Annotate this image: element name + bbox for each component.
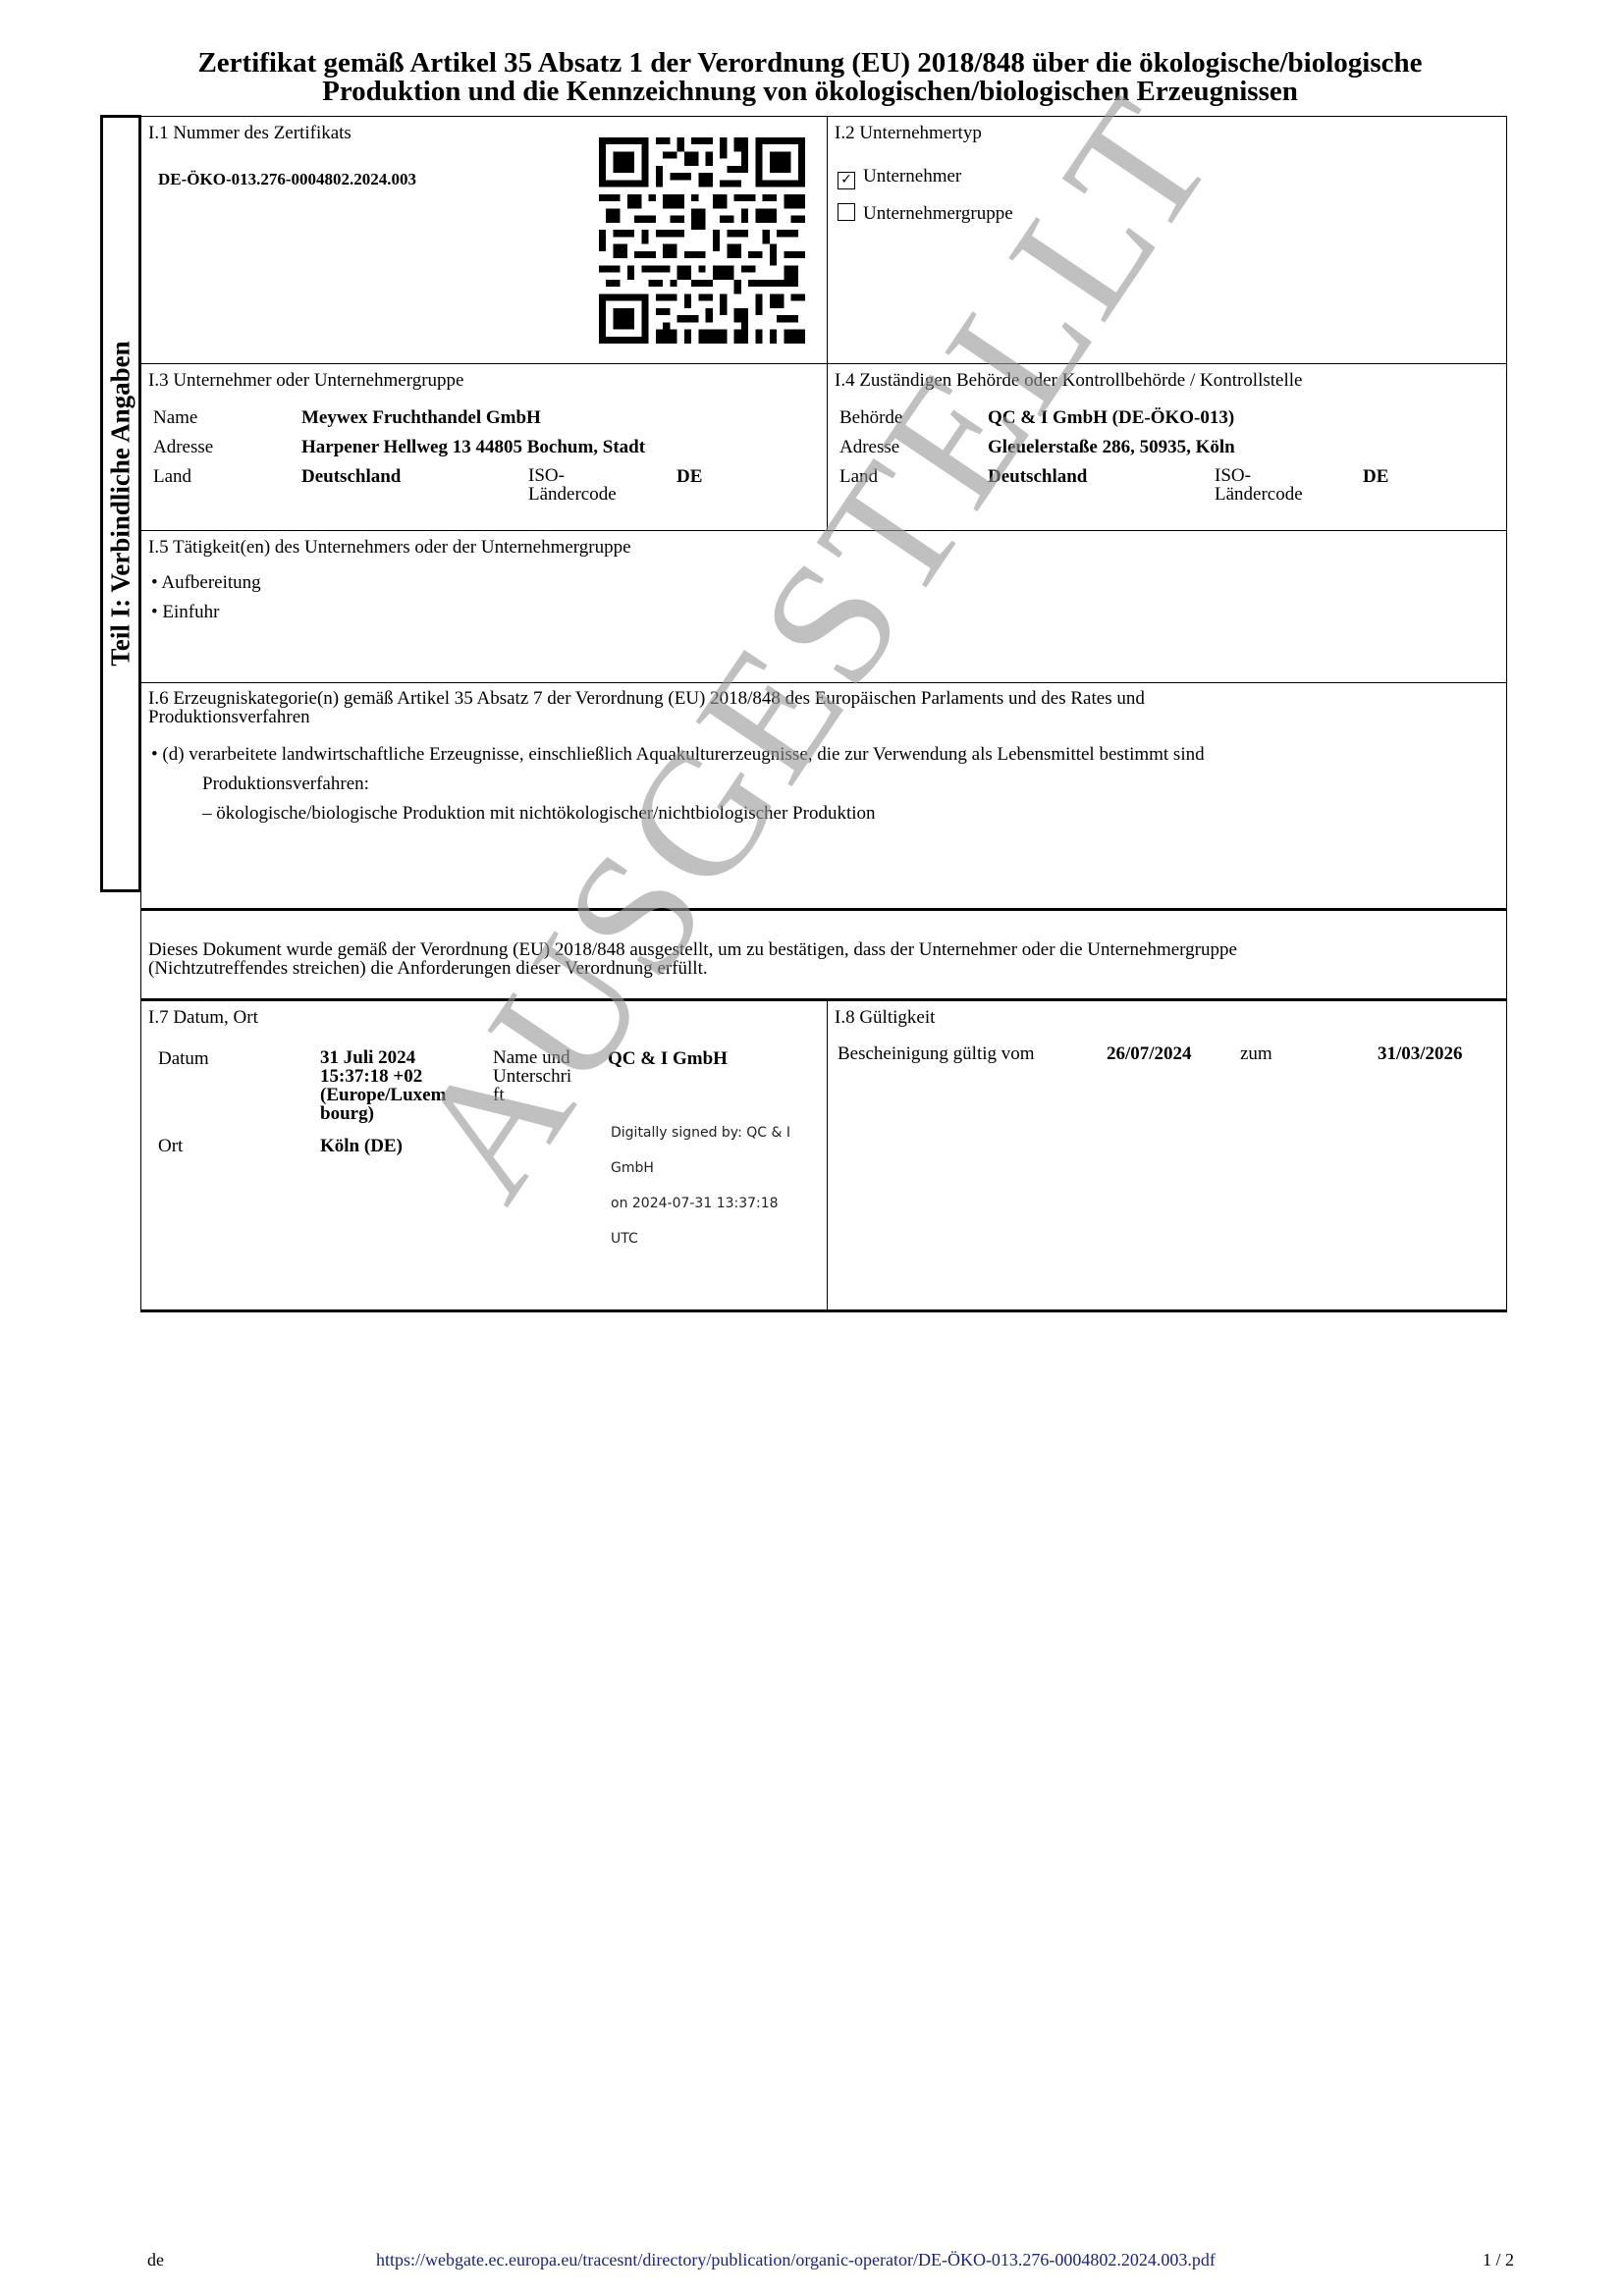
address-label: Adresse [839, 437, 899, 458]
iso-label-line: Ländercode [1215, 485, 1303, 504]
i7-header: I.7 Datum, Ort [148, 1007, 258, 1029]
signature-label: Name und Unterschri ft [493, 1048, 571, 1104]
valid-to-label: zum [1240, 1043, 1272, 1065]
issue-date: 31 Juli 2024 15:37:18 +02 (Europe/Luxem … [320, 1048, 446, 1123]
i6-header-line: I.6 Erzeugniskategorie(n) gemäß Artikel … [148, 689, 1145, 708]
operator-name: Meywex Fruchthandel GmbH [301, 407, 541, 429]
signature-label-line: ft [493, 1086, 571, 1104]
valid-to-date: 31/03/2026 [1378, 1043, 1463, 1065]
digital-signature-line: GmbH [611, 1150, 790, 1186]
date-line: bourg) [320, 1104, 446, 1123]
valid-from-date: 26/07/2024 [1107, 1043, 1192, 1065]
date-line: (Europe/Luxem [320, 1086, 446, 1104]
digital-signature-line: on 2024-07-31 13:37:18 [611, 1186, 790, 1221]
operator-country: Deutschland [301, 466, 401, 488]
iso-label-line: Ländercode [528, 485, 617, 504]
address-label: Adresse [153, 437, 213, 458]
iso-label: ISO- Ländercode [1215, 466, 1303, 504]
statement-box: Dieses Dokument wurde gemäß der Verordnu… [140, 908, 1507, 999]
section-i7: I.7 Datum, Ort Datum 31 Juli 2024 15:37:… [140, 998, 828, 1312]
option-label: Unternehmergruppe [863, 203, 1013, 224]
operator-address: Harpener Hellweg 13 44805 Bochum, Stadt [301, 437, 645, 458]
i6-header: I.6 Erzeugniskategorie(n) gemäß Artikel … [148, 689, 1145, 726]
option-unternehmergruppe[interactable]: Unternehmergruppe [838, 203, 1013, 225]
activity-item: • Einfuhr [151, 602, 219, 623]
section-i8: I.8 Gültigkeit Bescheinigung gültig vom … [827, 998, 1507, 1312]
authority-label: Behörde [839, 407, 902, 429]
authority-address: Gleuelerstaße 286, 50935, Köln [988, 437, 1235, 458]
iso-label-line: ISO- [1215, 466, 1303, 485]
option-label: Unternehmer [863, 166, 961, 187]
iso-label-line: ISO- [528, 466, 617, 485]
signer-name: QC & I GmbH [608, 1048, 728, 1070]
title-line-1: Zertifikat gemäß Artikel 35 Absatz 1 der… [98, 49, 1522, 78]
statement-line: Dieses Dokument wurde gemäß der Verordnu… [148, 940, 1237, 959]
option-unternehmer[interactable]: ✓Unternehmer [838, 166, 961, 189]
checkbox-unchecked-icon[interactable] [838, 203, 855, 221]
section-i6: I.6 Erzeugniskategorie(n) gemäß Artikel … [140, 682, 1507, 910]
product-category: • (d) verarbeitete landwirtschaftliche E… [151, 744, 1205, 766]
statement-line: (Nichtzutreffendes streichen) die Anford… [148, 959, 1237, 978]
digital-signature-line: UTC [611, 1221, 790, 1256]
i6-header-line: Produktionsverfahren [148, 708, 1145, 726]
section-i5: I.5 Tätigkeit(en) des Unternehmers oder … [140, 530, 1507, 683]
i3-header: I.3 Unternehmer oder Unternehmergruppe [148, 370, 463, 392]
i2-header: I.2 Unternehmertyp [835, 123, 982, 144]
date-line: 15:37:18 +02 [320, 1067, 446, 1086]
authority-name: QC & I GmbH (DE-ÖKO-013) [988, 407, 1234, 429]
i8-header: I.8 Gültigkeit [835, 1007, 935, 1029]
i5-header: I.5 Tätigkeit(en) des Unternehmers oder … [148, 537, 631, 559]
section-i3: I.3 Unternehmer oder Unternehmergruppe N… [140, 363, 828, 531]
i1-header: I.1 Nummer des Zertifikats [148, 123, 352, 144]
country-label: Land [153, 466, 191, 488]
section-i2: I.2 Unternehmertyp ✓Unternehmer Unterneh… [827, 116, 1507, 364]
digital-signature-line: Digitally signed by: QC & I [611, 1115, 790, 1150]
statement-text: Dieses Dokument wurde gemäß der Verordnu… [148, 940, 1237, 978]
footer-document-link[interactable]: https://webgate.ec.europa.eu/tracesnt/di… [376, 2250, 1216, 2269]
valid-from-label: Bescheinigung gültig vom [838, 1043, 1035, 1065]
name-label: Name [153, 407, 197, 429]
checkbox-checked-icon[interactable]: ✓ [838, 172, 855, 189]
country-label: Land [839, 466, 878, 488]
authority-iso-code: DE [1363, 466, 1388, 488]
production-method: – ökologische/biologische Produktion mit… [202, 803, 876, 825]
qr-code-icon [599, 135, 805, 346]
date-label: Datum [158, 1048, 209, 1070]
digital-signature: Digitally signed by: QC & I GmbH on 2024… [611, 1115, 790, 1256]
footer-page-number: 1 / 2 [1483, 2250, 1514, 2270]
date-line: 31 Juli 2024 [320, 1048, 446, 1067]
activity-item: • Aufbereitung [151, 572, 261, 594]
place-label: Ort [158, 1136, 183, 1157]
iso-label: ISO- Ländercode [528, 466, 617, 504]
side-label: Teil I: Verbindliche Angaben [106, 341, 136, 666]
production-method-label: Produktionsverfahren: [202, 774, 369, 795]
title-line-2: Produktion und die Kennzeichnung von öko… [98, 78, 1522, 106]
section-i4: I.4 Zuständigen Behörde oder Kontrollbeh… [827, 363, 1507, 531]
certificate-number: DE-ÖKO-013.276-0004802.2024.003 [158, 170, 416, 189]
authority-country: Deutschland [988, 466, 1087, 488]
i4-header: I.4 Zuständigen Behörde oder Kontrollbeh… [835, 370, 1302, 392]
operator-iso-code: DE [676, 466, 702, 488]
signature-label-line: Name und [493, 1048, 571, 1067]
footer-language: de [147, 2250, 164, 2270]
document-title: Zertifikat gemäß Artikel 35 Absatz 1 der… [98, 49, 1522, 106]
signature-label-line: Unterschri [493, 1067, 571, 1086]
side-label-box: Teil I: Verbindliche Angaben [100, 115, 141, 892]
issue-place: Köln (DE) [320, 1136, 403, 1157]
